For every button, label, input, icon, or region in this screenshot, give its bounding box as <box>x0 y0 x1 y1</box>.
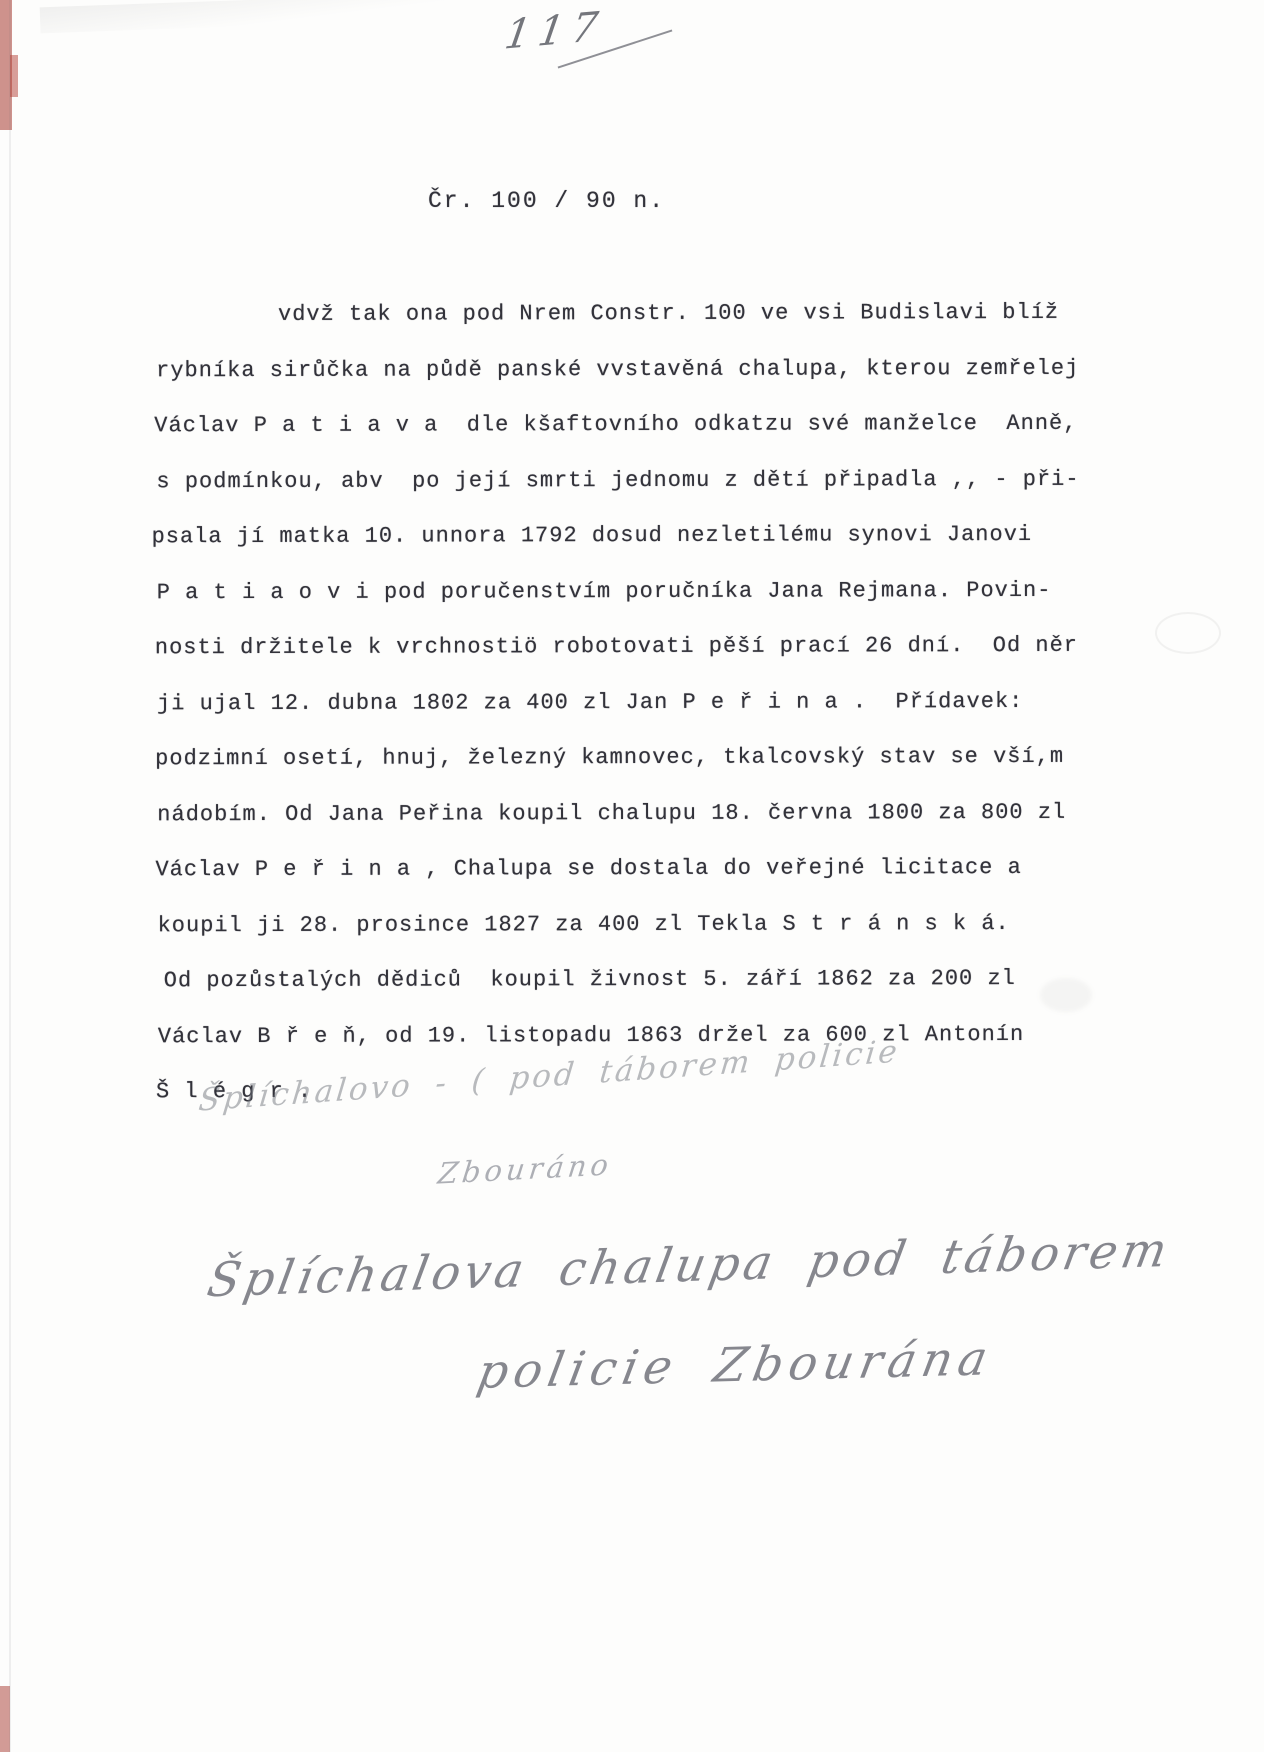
typed-paragraph: vdvž tak ona pod Nrem Constr. 100 ve vsi… <box>154 285 1116 1120</box>
handwritten-page-number: 117 <box>501 3 608 59</box>
typed-line: ji ujal 12. dubna 1802 za 400 zl Jan P e… <box>157 673 1117 731</box>
typed-line: rybníka sirůčka na půdě panské vvstavěná… <box>156 340 1116 398</box>
handwritten-note-large-1: Šplíchalova chalupa pod táborem <box>203 1223 1175 1309</box>
typed-line: s podmínkou, abv po její smrti jednomu z… <box>156 451 1116 509</box>
handwritten-note-faint-2: Zbouráno <box>436 1147 614 1190</box>
scanned-document-page: 117 Čr. 100 / 90 n. vdvž tak ona pod Nre… <box>0 0 1264 1752</box>
typed-line: vdvž tak ona pod Nrem Constr. 100 ve vsi… <box>154 285 1114 343</box>
paper-smudge <box>1155 612 1221 654</box>
typed-line: nádobím. Od Jana Peřina koupil chalupu 1… <box>157 784 1117 842</box>
handwritten-note-large-2: policie Zbourána <box>473 1331 998 1400</box>
document-heading: Čr. 100 / 90 n. <box>428 188 665 214</box>
typed-line: podzimní osetí, hnuj, železný kamnovec, … <box>155 729 1115 787</box>
typed-line: koupil ji 28. prosince 1827 za 400 zl Te… <box>158 895 1118 953</box>
typed-line: Václav P a t i a v a dle kšaftovního odk… <box>154 396 1114 454</box>
left-edge-red-artifact-small <box>10 55 18 97</box>
typed-line: psala jí matka 10. unnora 1792 dosud nez… <box>151 507 1111 565</box>
typed-line: Od pozůstalých dědiců koupil živnost 5. … <box>164 951 1124 1009</box>
scan-fold-line <box>9 0 11 1752</box>
typed-line: Václav P e ř i n a , Chalupa se dostala … <box>155 840 1115 898</box>
typed-line: nosti držitele k vrchnostiö robotovati p… <box>155 618 1115 676</box>
top-edge-scan-shadow <box>40 0 461 33</box>
typed-line: P a t i a o v i pod poručenstvím poruční… <box>157 562 1117 620</box>
